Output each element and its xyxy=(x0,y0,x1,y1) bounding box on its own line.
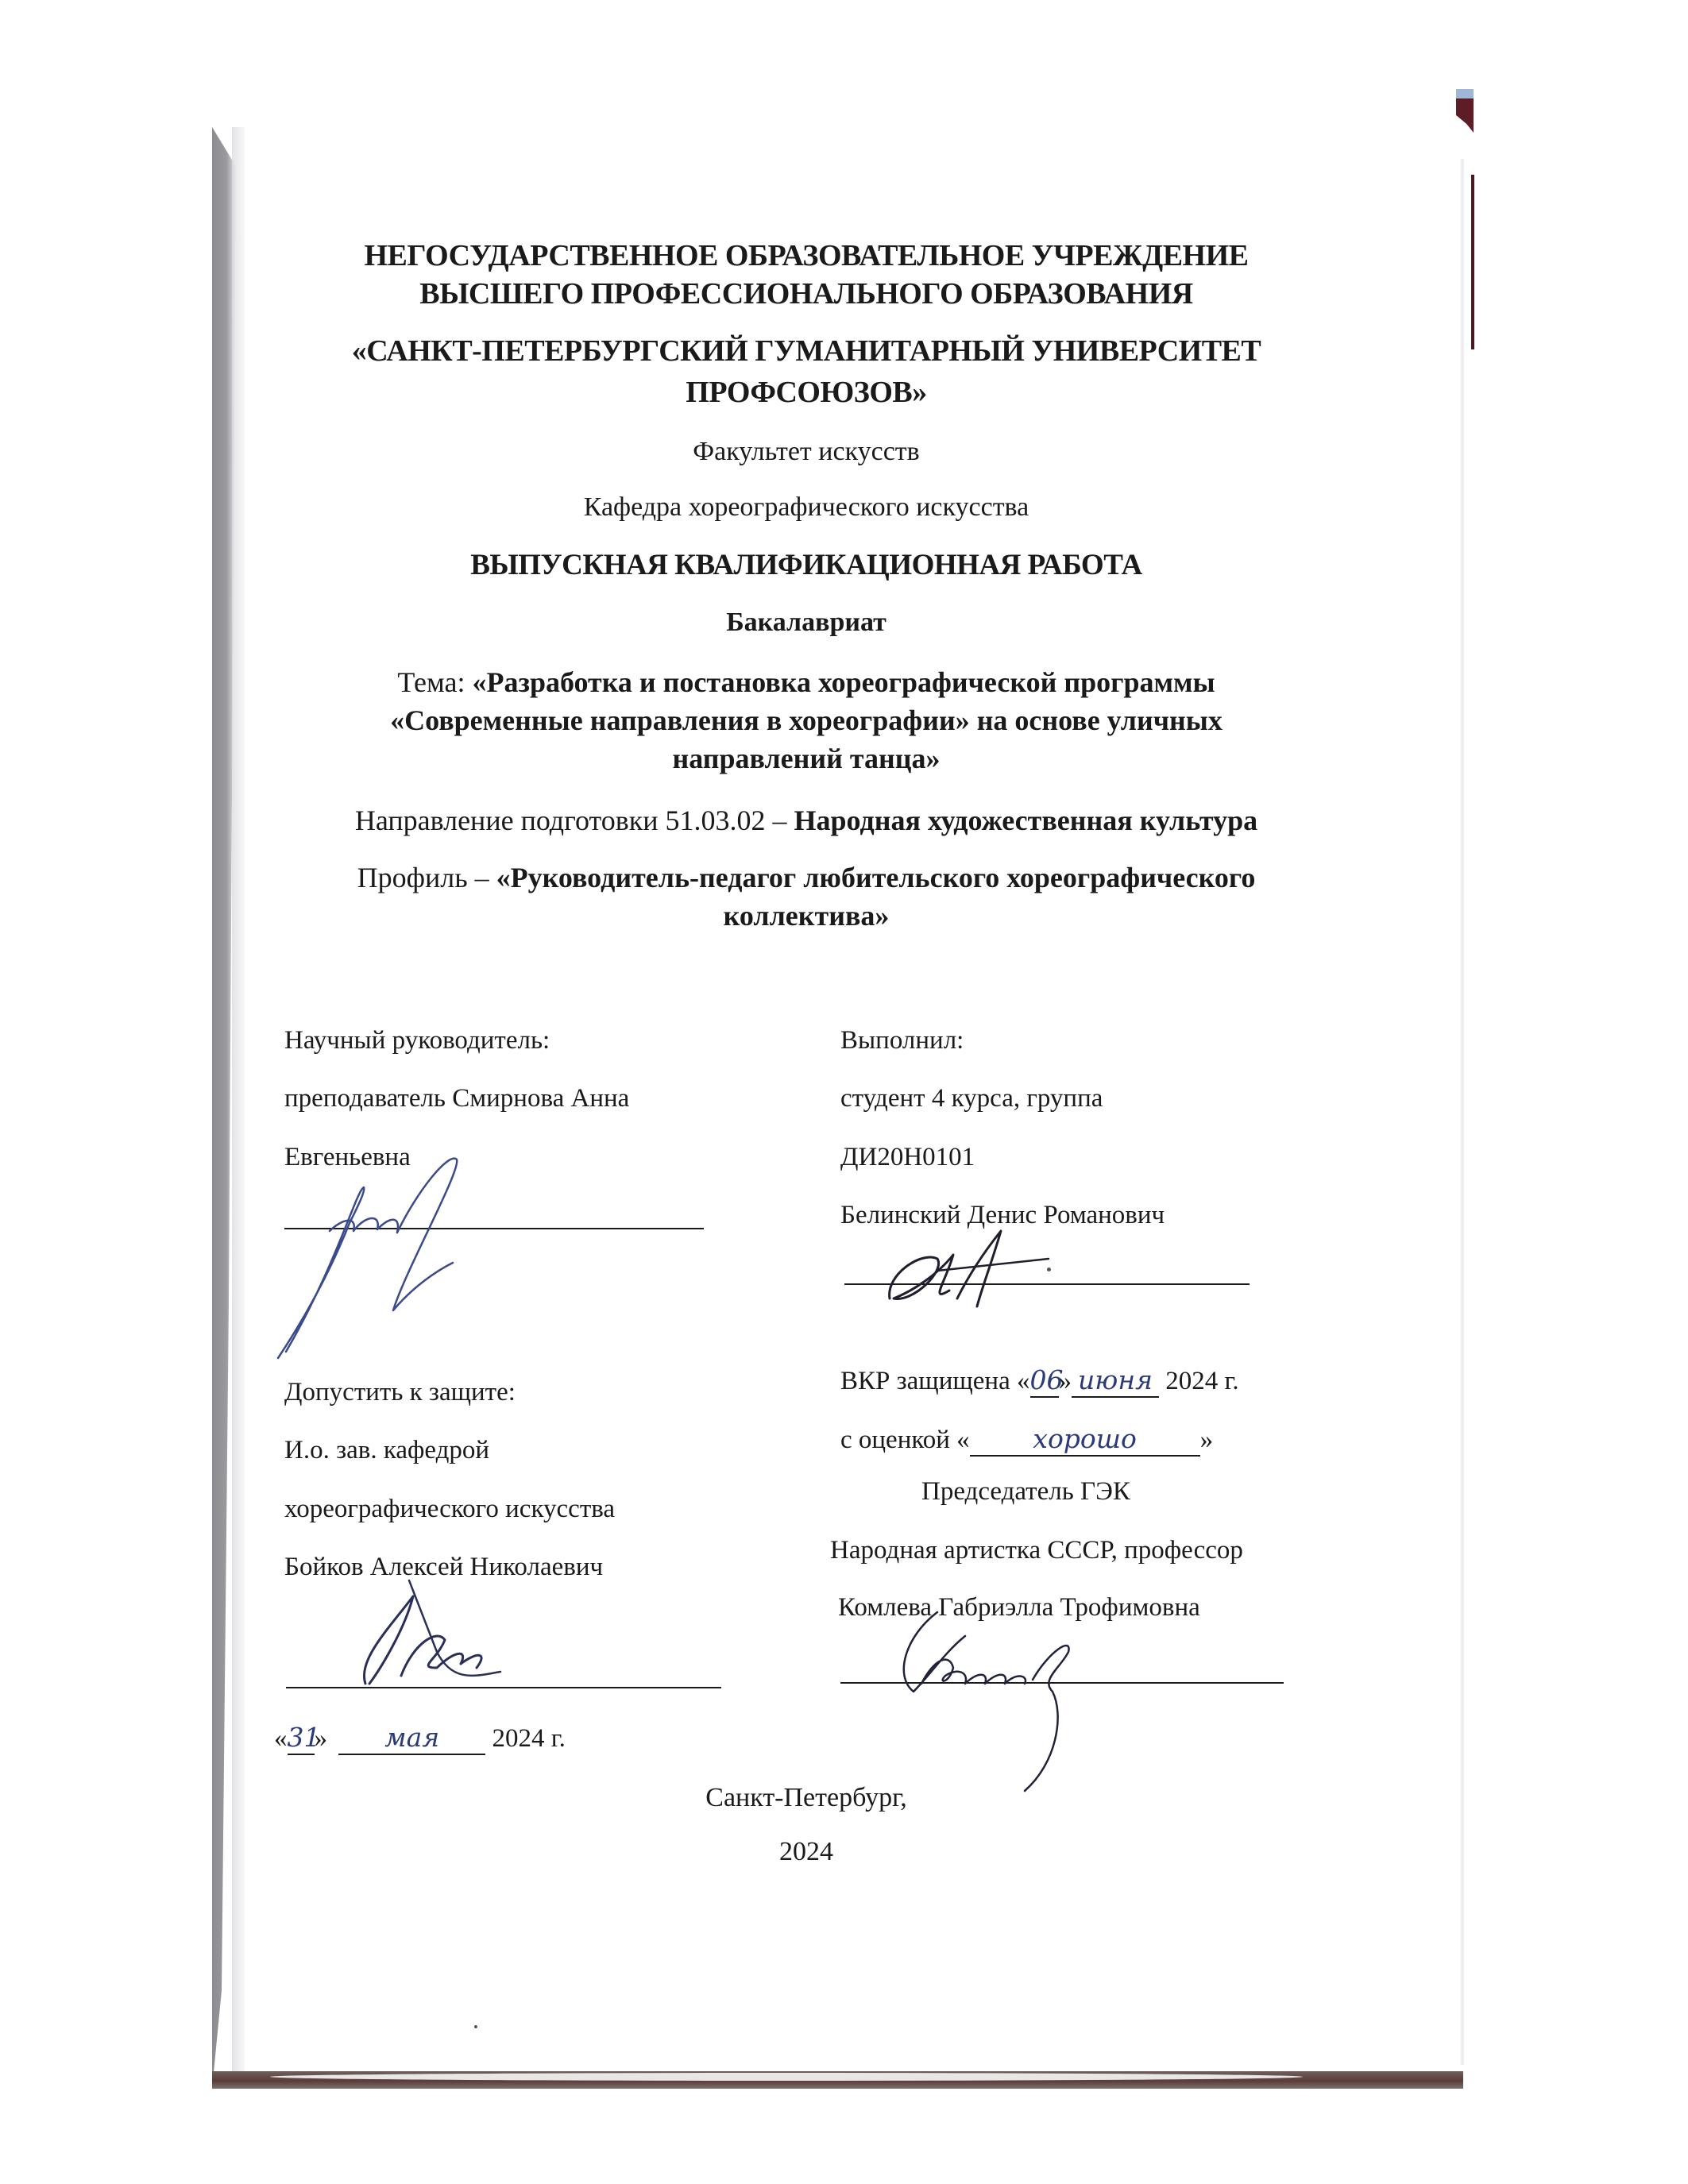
institution-line-1: НЕГОСУДАРСТВЕННОЕ ОБРАЗОВАТЕЛЬНОЕ УЧРЕЖД… xyxy=(278,237,1335,275)
admission-line-1: И.о. зав. кафедрой xyxy=(284,1434,489,1466)
defense-mid: » xyxy=(1059,1367,1072,1395)
admission-signature-icon xyxy=(342,1565,548,1692)
author-name: Белинский Денис Романович xyxy=(840,1199,1165,1231)
document-type: ВЫПУСКНАЯ КВАЛИФИКАЦИОННАЯ РАБОТА xyxy=(278,546,1335,585)
admission-date-open: « xyxy=(274,1724,288,1753)
department: Кафедра хореографического искусства xyxy=(278,490,1335,525)
university-line-2: ПРОФСОЮЗОВ» xyxy=(278,373,1335,411)
chair-signature-icon xyxy=(890,1604,1128,1795)
admission-line-2: хореографического искусства xyxy=(284,1493,615,1525)
study-direction: Направление подготовки 51.03.02 – Народн… xyxy=(278,802,1335,839)
grade-label: с оценкой « xyxy=(840,1426,970,1454)
year: 2024 xyxy=(278,1835,1335,1870)
author-signature-dot xyxy=(1047,1268,1051,1271)
profile-value-1: «Руководитель-педагог любительского хоре… xyxy=(496,862,1256,893)
admission-date: «31» мая 2024 г. xyxy=(274,1722,566,1755)
supervisor-line-1: преподаватель Смирнова Анна xyxy=(284,1082,629,1114)
chair-title: Председатель ГЭК xyxy=(921,1476,1130,1507)
university-line-1: «САНКТ-ПЕТЕРБУРГСКИЙ ГУМАНИТАРНЫЙ УНИВЕР… xyxy=(278,332,1335,370)
topic-line-3: направлений танца» xyxy=(278,740,1335,777)
degree-level: Бакалавриат xyxy=(278,605,1335,640)
institution-line-2: ВЫСШЕГО ПРОФЕССИОНАЛЬНОГО ОБРАЗОВАНИЯ xyxy=(278,275,1335,313)
grade-value: хорошо xyxy=(970,1423,1200,1457)
admission-date-close: » xyxy=(315,1724,328,1753)
admission-label: Допустить к защите: xyxy=(284,1376,516,1408)
author-label: Выполнил: xyxy=(840,1024,964,1056)
supervisor-signature-icon xyxy=(262,1144,532,1366)
defense-label: ВКР защищена « xyxy=(840,1367,1030,1395)
admission-date-month: мая xyxy=(338,1722,485,1755)
paper-speck xyxy=(474,2025,477,2028)
grade-close: » xyxy=(1200,1426,1214,1454)
direction-value: Народная художественная культура xyxy=(794,805,1258,836)
author-line-1: студент 4 курса, группа xyxy=(840,1082,1103,1114)
topic-title-1: «Разработка и постановка хореографическо… xyxy=(473,666,1215,698)
admission-date-day: 31 xyxy=(288,1722,315,1755)
defense-day: 06 xyxy=(1030,1364,1059,1398)
topic-line-1: Тема: «Разработка и постановка хореограф… xyxy=(278,664,1335,700)
profile-line-1: Профиль – «Руководитель-педагог любитель… xyxy=(278,859,1335,896)
topic-line-2: «Современные направления в хореографии» … xyxy=(278,702,1335,739)
city: Санкт-Петербург, xyxy=(278,1781,1335,1815)
topic-label: Тема: xyxy=(397,666,472,698)
defense-month: июня xyxy=(1072,1364,1159,1398)
supervisor-label: Научный руководитель: xyxy=(284,1024,550,1056)
faculty: Факультет искусств xyxy=(278,434,1335,469)
author-group: ДИ20Н0101 xyxy=(840,1141,975,1173)
admission-date-year: 2024 г. xyxy=(492,1724,566,1753)
profile-line-2: коллектива» xyxy=(278,897,1335,934)
title-page: НЕГОСУДАРСТВЕННОЕ ОБРАЗОВАТЕЛЬНОЕ УЧРЕЖД… xyxy=(0,0,1688,2184)
chair-rank: Народная артистка СССР, профессор xyxy=(830,1534,1243,1566)
direction-label: Направление подготовки 51.03.02 – xyxy=(355,805,794,836)
author-signature-icon xyxy=(882,1227,1072,1314)
defense-grade: с оценкой «хорошо» xyxy=(840,1423,1213,1457)
profile-label: Профиль – xyxy=(357,862,496,893)
defense-date: ВКР защищена «06»июня 2024 г. xyxy=(840,1364,1239,1398)
defense-year: 2024 г. xyxy=(1165,1367,1238,1395)
